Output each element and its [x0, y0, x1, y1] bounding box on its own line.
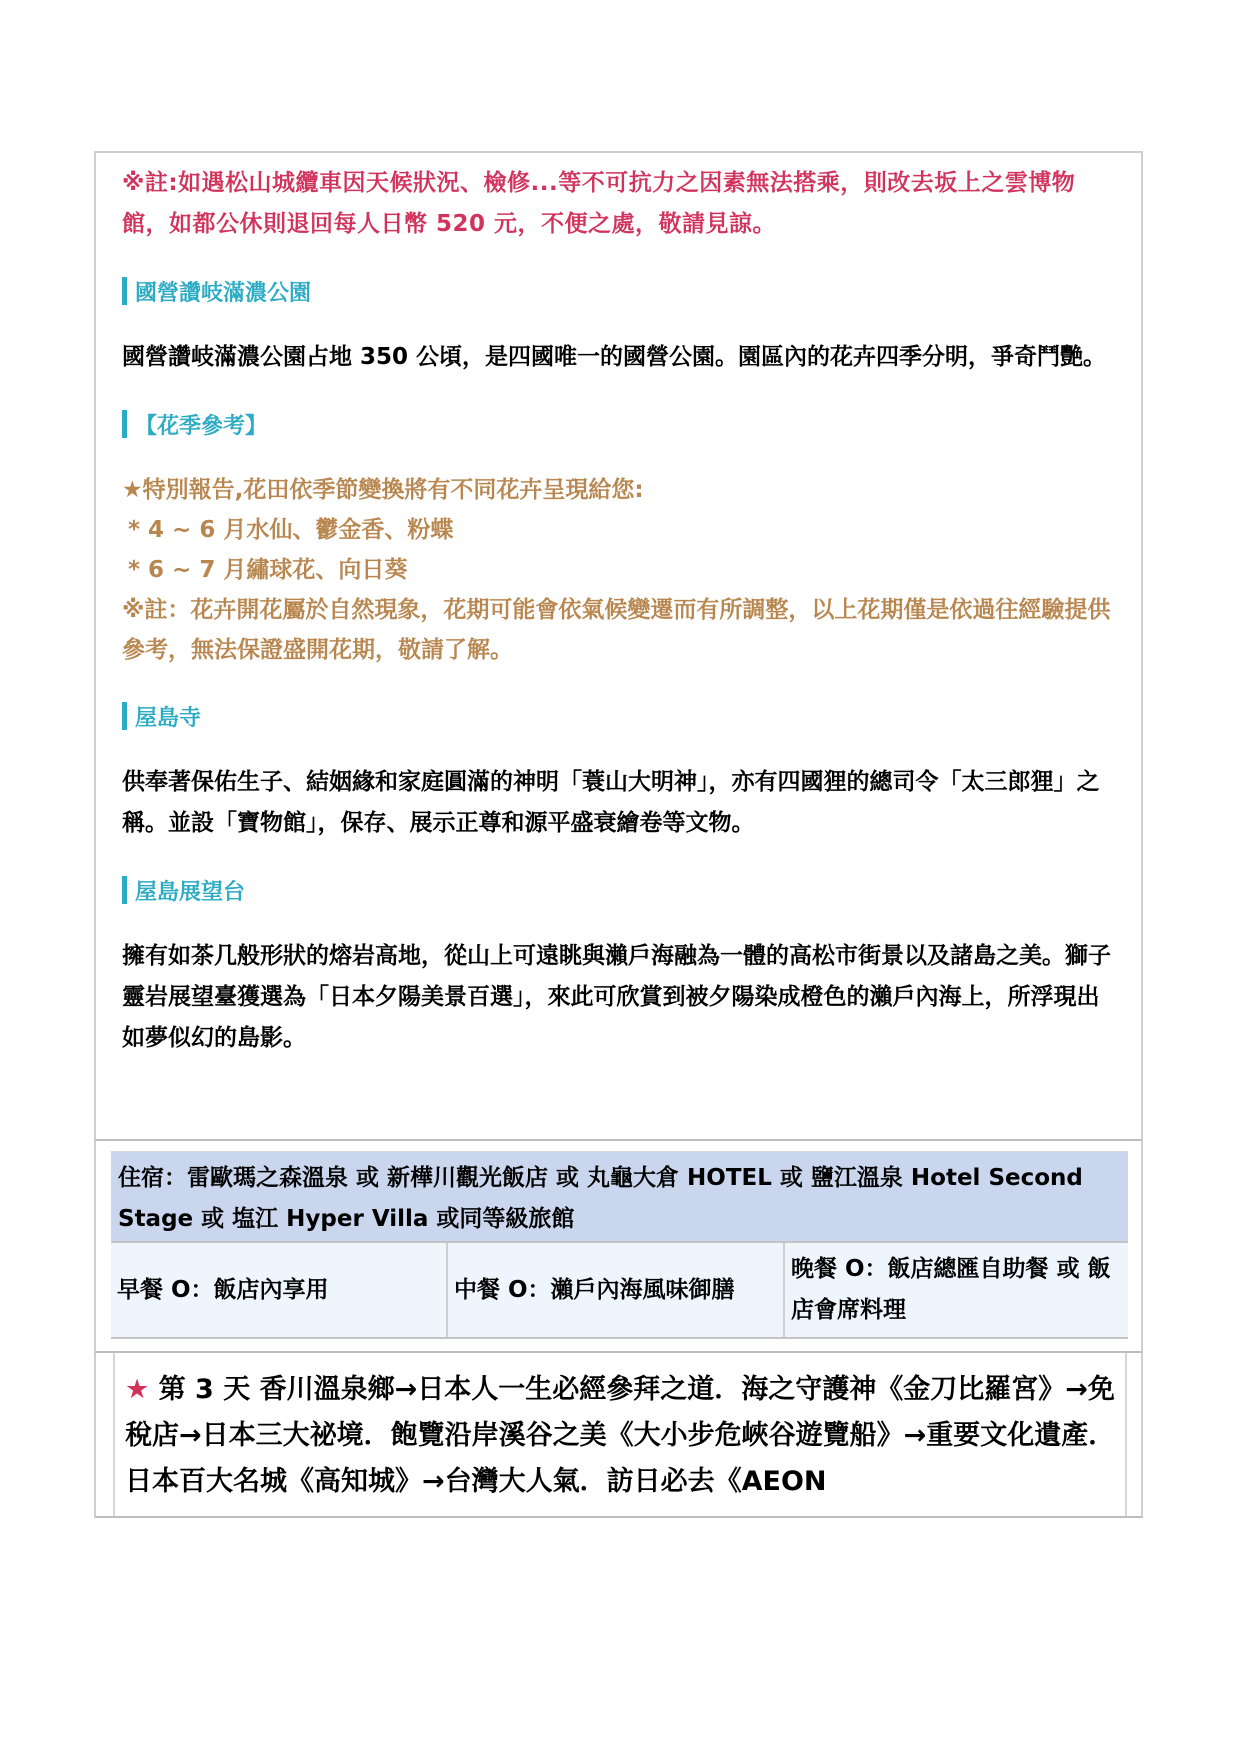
- yashima-temple-description: 供奉著保佑生子、結姻緣和家庭圓滿的神明「蓑山大明神」，亦有四國狸的總司令「太三郎…: [122, 762, 1122, 844]
- accommodation-row: 住宿：雷歐瑪之森溫泉 或 新樺川觀光飯店 或 丸龜大倉 HOTEL 或 鹽江溫泉…: [111, 1151, 1128, 1243]
- lunch-cell: 中餐 O：瀨戶內海風味御膳: [448, 1243, 785, 1337]
- section-heading-flower-season: 【花季參考】: [122, 408, 1122, 440]
- section-heading-text: 屋島展望台: [135, 875, 245, 906]
- flower-season-intro: ★特別報告,花田依季節變換將有不同花卉呈現給您:: [122, 470, 1122, 510]
- heading-bar-icon: [122, 410, 127, 438]
- heading-bar-icon: [122, 876, 127, 904]
- itinerary-page: ※註:如遇松山城纜車因天候狀況、檢修...等不可抗力之因素無法搭乘，則改去坂上之…: [94, 151, 1143, 1518]
- dinner-cell: 晚餐 O：飯店總匯自助餐 或 飯店會席料理: [785, 1243, 1128, 1337]
- section-heading-text: 【花季參考】: [135, 409, 267, 440]
- day3-inner: ★ 第 3 天 香川溫泉鄉→日本人一生必經參拜之道．海之守護神《金刀比羅宮》→免…: [113, 1353, 1127, 1516]
- star-icon: ★: [125, 1374, 149, 1405]
- meals-row: 早餐 O：飯店內享用 中餐 O：瀨戶內海風味御膳 晚餐 O：飯店總匯自助餐 或 …: [111, 1243, 1128, 1339]
- section-heading-text: 國營讚岐滿濃公園: [135, 276, 311, 307]
- day3-title-text: 第 3 天 香川溫泉鄉→日本人一生必經參拜之道．海之守護神《金刀比羅宮》→免稅店…: [125, 1374, 1115, 1497]
- flower-season-disclaimer: ※註：花卉開花屬於自然現象，花期可能會依氣候變遷而有所調整，以上花期僅是依過往經…: [122, 590, 1122, 670]
- day-details-box: ※註:如遇松山城纜車因天候狀況、檢修...等不可抗力之因素無法搭乘，則改去坂上之…: [94, 151, 1143, 1141]
- flower-season-item: * 6 ~ 7 月繡球花、向日葵: [122, 550, 1122, 590]
- section-heading-yashima-observatory: 屋島展望台: [122, 874, 1122, 906]
- section-heading-manno-park: 國營讚岐滿濃公園: [122, 275, 1122, 307]
- day-details-content: ※註:如遇松山城纜車因天候狀況、檢修...等不可抗力之因素無法搭乘，則改去坂上之…: [122, 163, 1122, 1059]
- heading-bar-icon: [122, 277, 127, 305]
- manno-park-description: 國營讚岐滿濃公園占地 350 公頃，是四國唯一的國營公園。園區內的花卉四季分明，…: [122, 337, 1122, 378]
- flower-season-notes: ★特別報告,花田依季節變換將有不同花卉呈現給您: * 4 ~ 6 月水仙、鬱金香…: [122, 470, 1122, 670]
- heading-bar-icon: [122, 702, 127, 730]
- accommodation-meals-box: 住宿：雷歐瑪之森溫泉 或 新樺川觀光飯店 或 丸龜大倉 HOTEL 或 鹽江溫泉…: [94, 1141, 1143, 1353]
- cable-car-notice: ※註:如遇松山城纜車因天候狀況、檢修...等不可抗力之因素無法搭乘，則改去坂上之…: [122, 163, 1122, 245]
- flower-season-item: * 4 ~ 6 月水仙、鬱金香、粉蝶: [122, 510, 1122, 550]
- day3-box: ★ 第 3 天 香川溫泉鄉→日本人一生必經參拜之道．海之守護神《金刀比羅宮》→免…: [94, 1353, 1143, 1518]
- day3-title: ★ 第 3 天 香川溫泉鄉→日本人一生必經參拜之道．海之守護神《金刀比羅宮》→免…: [125, 1367, 1125, 1505]
- accommodation-meals-table: 住宿：雷歐瑪之森溫泉 或 新樺川觀光飯店 或 丸龜大倉 HOTEL 或 鹽江溫泉…: [111, 1151, 1128, 1339]
- yashima-observatory-description: 擁有如茶几般形狀的熔岩高地，從山上可遠眺與瀨戶海融為一體的高松市街景以及諸島之美…: [122, 936, 1122, 1059]
- section-heading-text: 屋島寺: [135, 701, 201, 732]
- breakfast-cell: 早餐 O：飯店內享用: [111, 1243, 448, 1337]
- section-heading-yashima-temple: 屋島寺: [122, 700, 1122, 732]
